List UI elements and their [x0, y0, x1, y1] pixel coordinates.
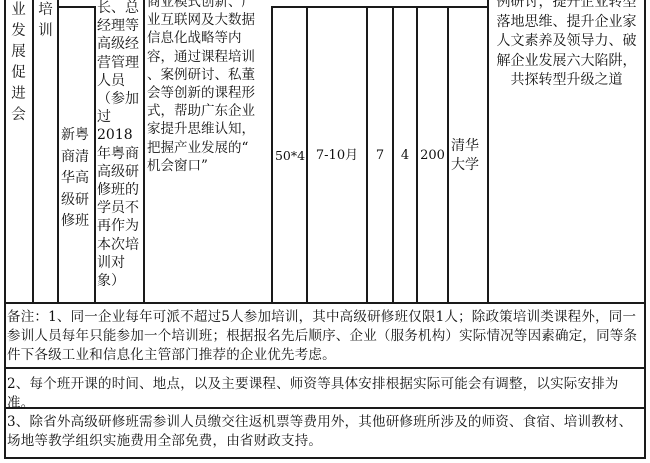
note-3: 3、除省外高级研修班需参训人员缴交往返机票等费用外，其他研修班所涉及的师资、食宿…: [7, 413, 643, 451]
note-1: 备注：1、同一企业每年可派不超过5人参加培训，其中高级研修班仅限1人；除政策培训…: [7, 308, 643, 365]
period-cell: 7-10月: [308, 145, 366, 167]
column-divider-3: [94, 6, 96, 303]
target-line: 再作为: [97, 217, 143, 235]
days-cell: 7: [368, 145, 392, 167]
table-border-right: [644, 0, 646, 458]
sessions-cell: 4: [394, 145, 416, 167]
capacity-cell: 50*4: [273, 145, 307, 167]
class-cell-top-border: [57, 6, 96, 8]
institution-cell: 清华大学: [451, 137, 485, 175]
target-line: 年粤商: [97, 145, 143, 163]
target-line: 修班的: [97, 181, 143, 199]
target-line: 经理等: [97, 17, 143, 35]
class-name-line: 修班: [61, 211, 93, 233]
content-line: 式，帮助广东企业: [147, 102, 269, 120]
note-2: 2、每个班开课的时间、地点，以及主要课程、师资等具体安排根据实际可能会有调整，以…: [7, 375, 643, 413]
target-line: 学员不: [97, 199, 143, 217]
column-divider-1: [32, 0, 34, 303]
column-divider-2: [57, 0, 59, 303]
content-line: 业互联网及大数据: [147, 11, 269, 29]
goal-line: 落地思维、提升企业家: [489, 13, 644, 33]
goal-line: 共探转型升级之道: [489, 71, 644, 91]
goal-line: 例研讨，提升企业转型: [489, 0, 644, 13]
goal-line: 人文素养及领导力、破: [489, 32, 644, 52]
goal-line: 解企业发展六大陷阱，: [489, 52, 644, 72]
target-line: 高级研: [97, 163, 143, 181]
target-line: 人员: [97, 72, 143, 90]
table-border-bottom: [4, 457, 646, 459]
class-name-line: 商清: [61, 147, 93, 169]
total-cell: 200: [418, 145, 447, 167]
class-name-line: 华高: [61, 168, 93, 190]
content-line: 容，通过课程培训: [147, 48, 269, 66]
column-divider-10: [447, 6, 449, 303]
row-divider-main: [4, 302, 646, 304]
class-name-line: 级研: [61, 190, 93, 212]
course-content-cell: 商业模式创新、广 业互联网及大数据 信息化战略等内 容，通过课程培训 、案例研讨…: [147, 0, 269, 175]
content-line: 机会窗口”: [147, 157, 269, 175]
content-line: 家提升思维认知，: [147, 120, 269, 138]
target-line: 训对: [97, 254, 143, 272]
target-line: 象）: [97, 272, 143, 290]
category-cell: 培训: [37, 0, 54, 42]
class-name-line: 新粤: [61, 125, 93, 147]
stats-cells-top-border: [271, 6, 489, 8]
target-trainees-cell: 长、总 经理等 高级经 营管理 人员 （参加 过2018 年粤商 高级研 修班的…: [97, 0, 143, 290]
target-line: 高级经: [97, 35, 143, 53]
content-line: 会等创新的课程形: [147, 84, 269, 102]
target-line: 本次培: [97, 236, 143, 254]
row-divider-note-1: [4, 367, 646, 369]
column-divider-4: [143, 0, 145, 303]
content-line: 信息化战略等内: [147, 29, 269, 47]
class-name-cell: 新粤 商清 华高 级研 修班: [61, 125, 93, 233]
target-line: （参加: [97, 90, 143, 108]
table-border-left: [4, 0, 6, 458]
organizer-cell: 业发展促进会: [10, 0, 27, 126]
content-line: 把握产业发展的“: [147, 139, 269, 157]
target-line: 长、总: [97, 0, 143, 17]
target-line: 营管理: [97, 54, 143, 72]
course-goal-cell: 例研讨，提升企业转型 落地思维、提升企业家 人文素养及领导力、破 解企业发展六大…: [489, 0, 644, 91]
content-line: 商业模式创新、广: [147, 0, 269, 11]
content-line: 、案例研讨、私董: [147, 66, 269, 84]
target-line: 过2018: [97, 108, 143, 144]
